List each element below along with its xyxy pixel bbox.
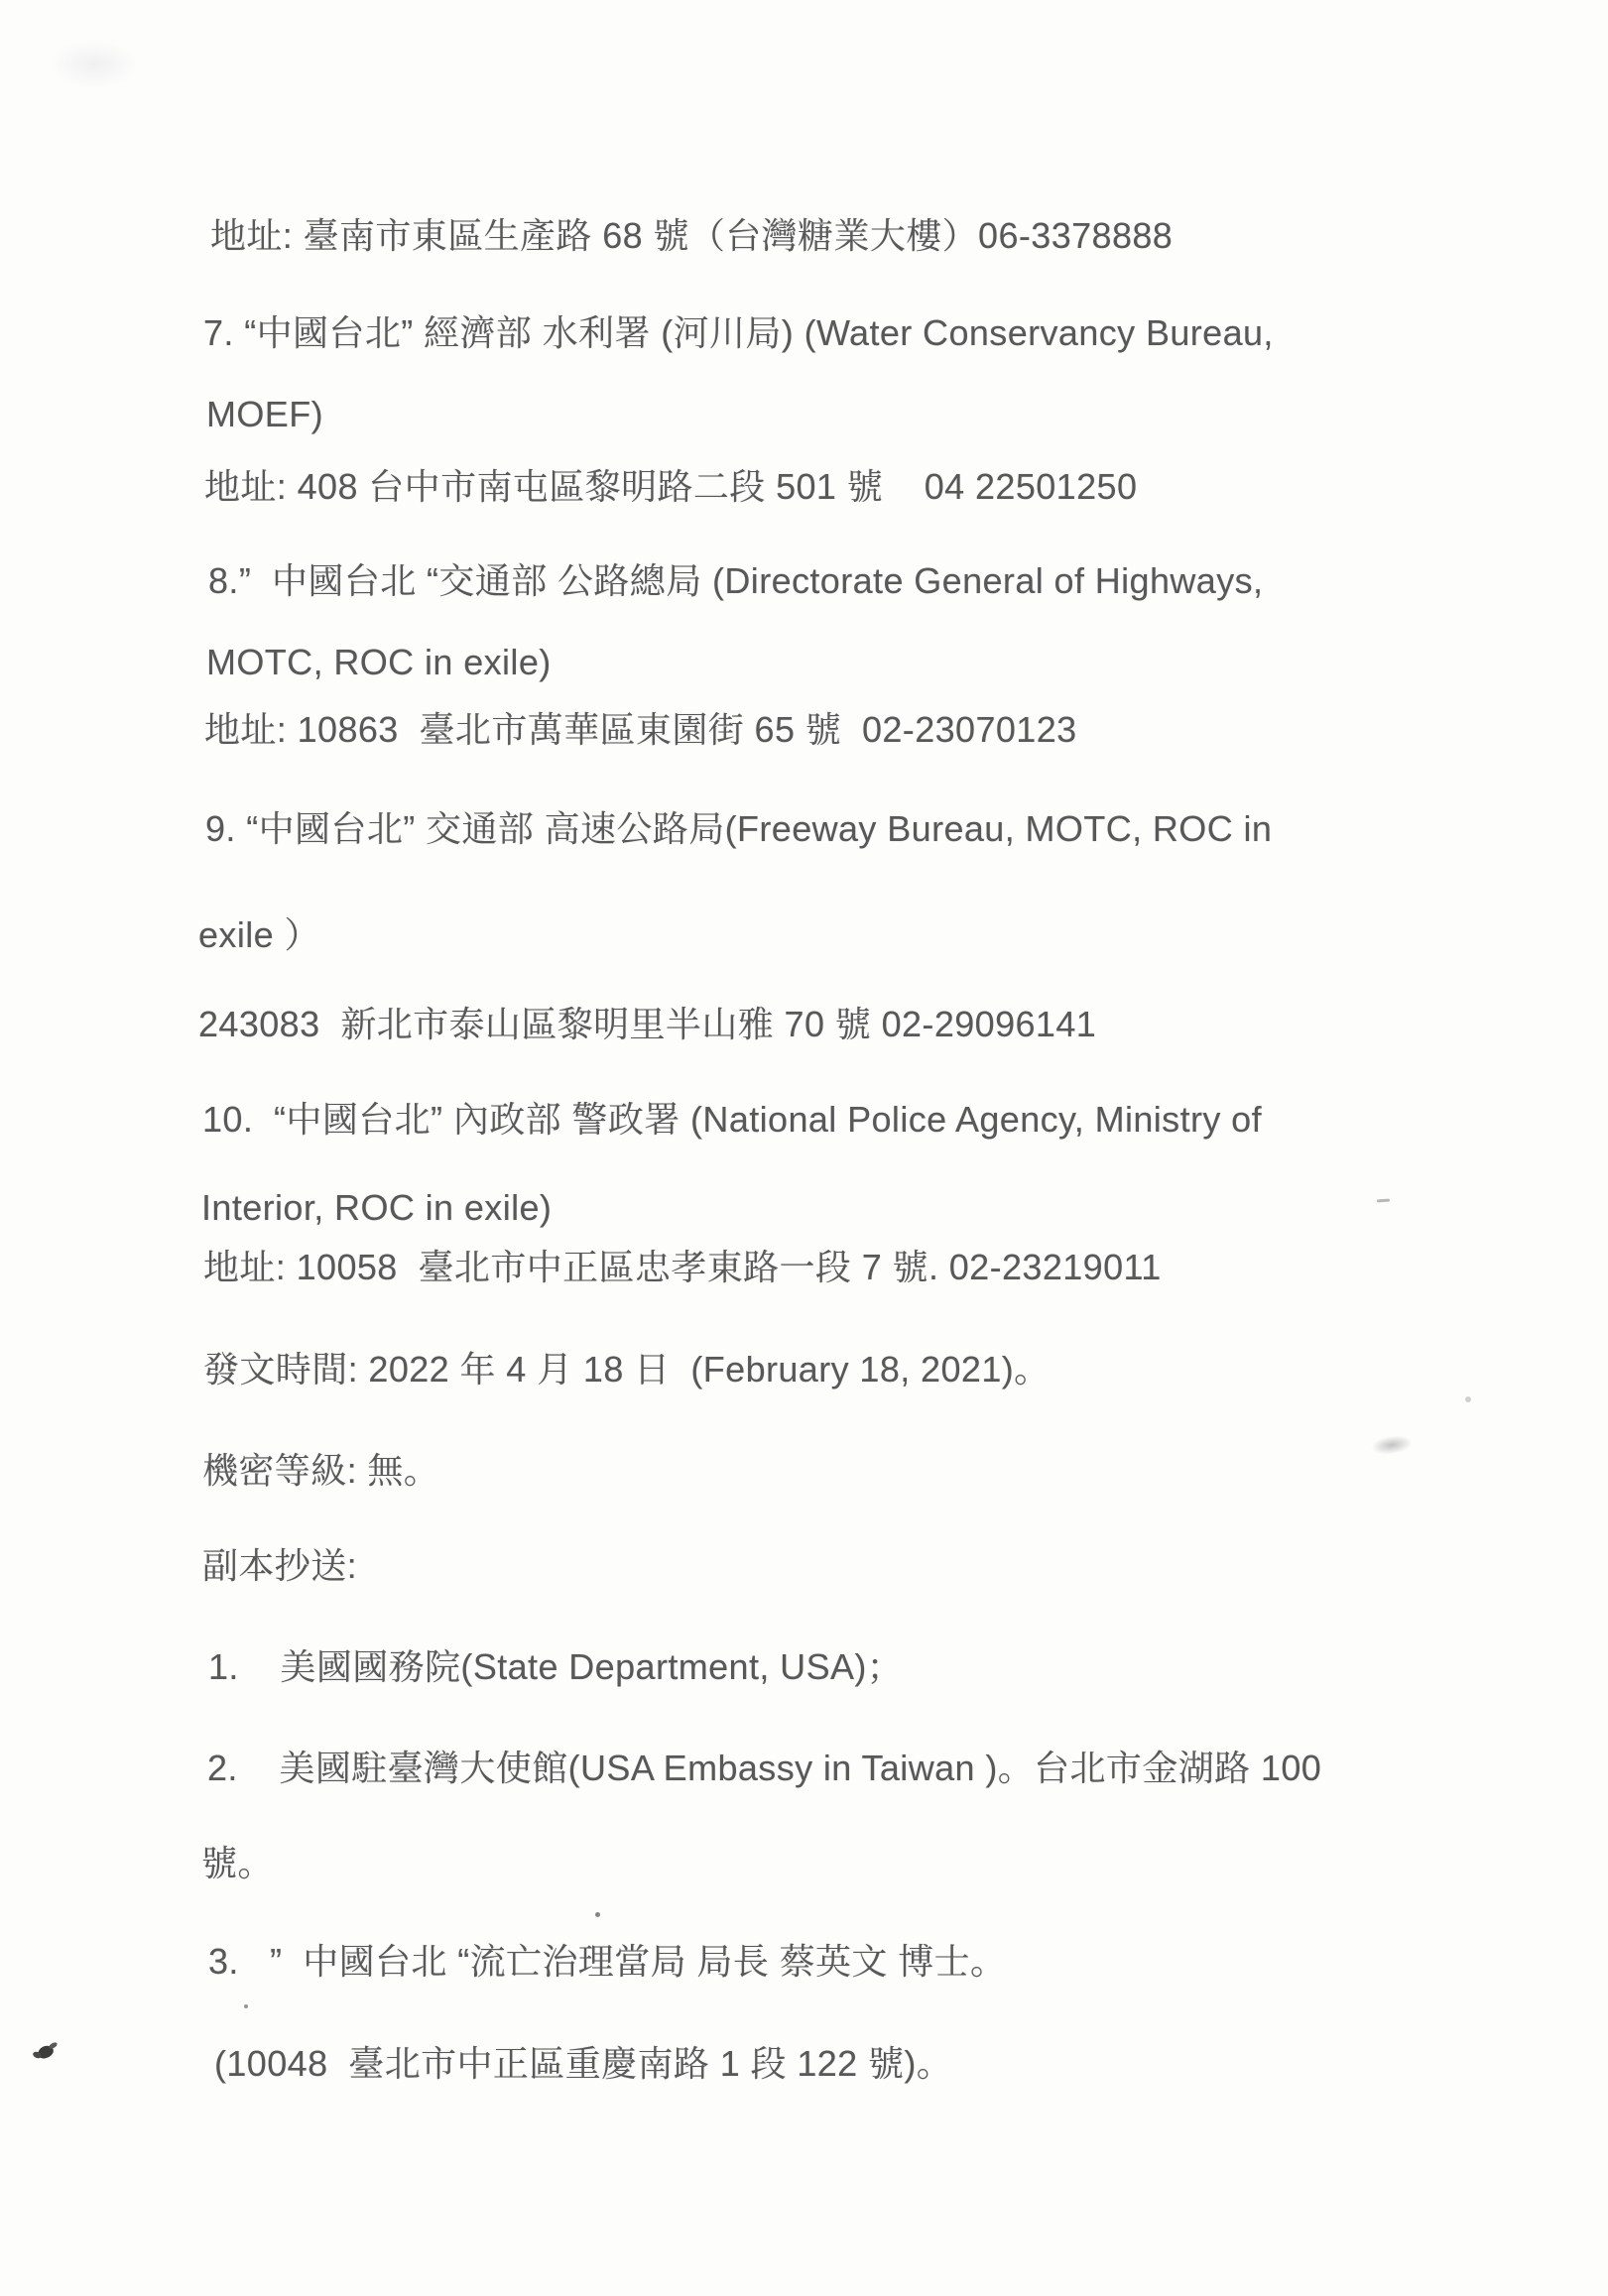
item-9-address: 243083 新北市泰山區黎明里半山雅 70 號 02-29096141: [198, 1005, 1096, 1044]
item-10-address: 地址: 10058 臺北市中正區忠孝東路一段 7 號. 02-23219011: [203, 1248, 1162, 1287]
ink-blot-spatter-right: [48, 2041, 58, 2050]
ink-blot-artifact: [33, 2043, 59, 2063]
dispatch-date-line: 發文時間: 2022 年 4 月 18 日 (February 18, 2021…: [203, 1350, 1051, 1390]
item-8-address: 地址: 10863 臺北市萬華區東園街 65 號 02-23070123: [204, 710, 1077, 750]
classification-line: 機密等級: 無。: [202, 1451, 439, 1491]
cc-item-1: 1. 美國國務院(State Department, USA)；: [208, 1647, 903, 1687]
ink-blot-core: [37, 2044, 56, 2060]
stray-dot-artifact: [244, 2004, 248, 2008]
cc-item-2: 2. 美國駐臺灣大使館(USA Embassy in Taiwan )。台北市金…: [207, 1749, 1321, 1788]
item-7-address: 地址: 408 台中市南屯區黎明路二段 501 號 04 22501250: [204, 467, 1137, 507]
faint-dash-artifact: [1377, 1199, 1390, 1203]
cc-item-3-address: (10048 臺北市中正區重慶南路 1 段 122 號)。: [214, 2044, 952, 2084]
item-8-title: 8.” 中國台北 “交通部 公路總局 (Directorate General …: [208, 561, 1263, 601]
address-line-tainan: 地址: 臺南市東區生產路 68 號（台灣糖業大樓）06-3378888: [210, 216, 1173, 256]
item-9-title-continued: exile ）: [198, 915, 320, 955]
item-8-title-continued: MOTC, ROC in exile): [206, 643, 552, 682]
item-9-title: 9. “中國台北” 交通部 高速公路局(Freeway Bureau, MOTC…: [205, 809, 1272, 849]
item-7-title: 7. “中國台北” 經濟部 水利署 (河川局) (Water Conservan…: [203, 313, 1274, 353]
stray-dot-artifact: [595, 1912, 600, 1917]
cc-item-3: 3. ” 中國台北 “流亡治理當局 局長 蔡英文 博士。: [208, 1942, 1006, 1982]
scanned-document-page: 地址: 臺南市東區生產路 68 號（台灣糖業大樓）06-3378888 7. “…: [0, 0, 1608, 2296]
item-7-title-continued: MOEF): [206, 395, 323, 434]
item-10-title-continued: Interior, ROC in exile): [201, 1188, 552, 1228]
cc-heading: 副本抄送:: [202, 1546, 357, 1586]
scan-smudge-artifact: [1370, 1433, 1414, 1457]
cc-item-2-continued: 號。: [201, 1844, 274, 1883]
item-10-title: 10. “中國台北” 內政部 警政署 (National Police Agen…: [202, 1100, 1262, 1140]
scan-smudge-artifact: [50, 40, 139, 89]
ink-blot-spatter-left: [32, 2051, 43, 2060]
faint-dot-artifact: [1465, 1396, 1471, 1402]
